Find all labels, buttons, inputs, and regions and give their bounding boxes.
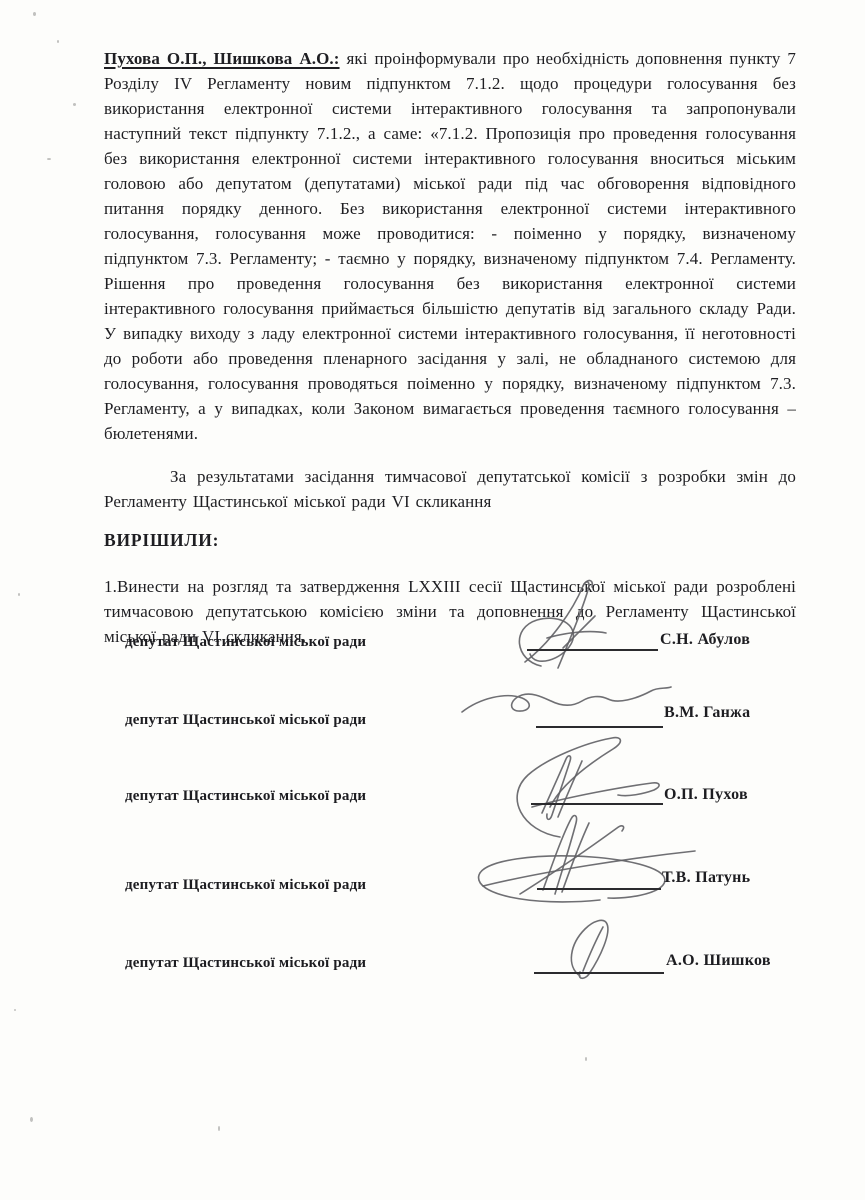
deputy-label: депутат Щастинської міської ради (125, 877, 366, 894)
scan-speck (47, 158, 51, 160)
scan-speck (30, 1117, 33, 1122)
document-body: Пухова О.П., Шишкова А.О.: які проінформ… (104, 46, 796, 649)
signature-abulov (503, 576, 673, 676)
deputy-name: Т.В. Патунь (662, 869, 750, 887)
deputy-name: А.О. Шишков (666, 952, 771, 970)
scan-speck (14, 1009, 16, 1011)
scan-speck (585, 1057, 587, 1061)
scan-speck (18, 593, 20, 596)
paragraph-proposal-text: які проінформували про необхідність допо… (104, 49, 796, 443)
signature-patun (465, 812, 710, 908)
deputy-label: депутат Щастинської міської ради (125, 955, 366, 972)
scanned-document-page: Пухова О.П., Шишкова А.О.: які проінформ… (0, 0, 865, 1200)
signature-line (534, 972, 664, 974)
signature-line (527, 649, 658, 651)
deputy-label: депутат Щастинської міської ради (125, 712, 366, 729)
deputy-label: депутат Щастинської міської ради (125, 634, 366, 651)
speakers-lead: Пухова О.П., Шишкова А.О.: (104, 49, 340, 68)
scan-speck (33, 12, 36, 16)
signature-line (536, 726, 663, 728)
paragraph-proposal: Пухова О.П., Шишкова А.О.: які проінформ… (104, 46, 796, 446)
deputy-name: С.Н. Абулов (660, 631, 750, 649)
scan-speck (218, 1126, 220, 1131)
deputy-name: О.П. Пухов (664, 786, 748, 804)
paragraph-results: За результатами засідання тимчасової деп… (104, 464, 796, 514)
signature-ganzha (458, 684, 678, 720)
scan-speck (73, 103, 76, 106)
signature-line (537, 888, 661, 890)
deputy-label: депутат Щастинської міської ради (125, 788, 366, 805)
resolved-heading: ВИРІШИЛИ: (104, 528, 796, 553)
deputy-name: В.М. Ганжа (664, 704, 750, 722)
scan-speck (57, 40, 59, 43)
signature-line (531, 803, 663, 805)
